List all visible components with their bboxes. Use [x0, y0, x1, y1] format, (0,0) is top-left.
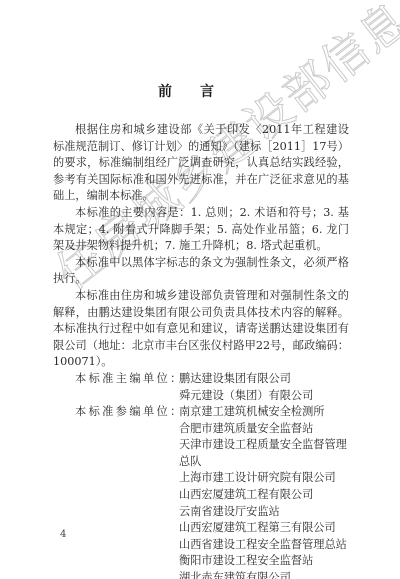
unit-item: 南京建工建筑机械安全检测所: [179, 404, 349, 421]
unit-item: 合肥市建筑质量安全监督站: [179, 421, 349, 438]
participating-units-list: 南京建工建筑机械安全检测所 合肥市建筑质量安全监督站 天津市建设工程质量安全监督…: [177, 404, 349, 579]
paragraph: 本标准的主要内容是：1. 总则；2. 术语和符号；3. 基本规定；4. 附着式升…: [53, 205, 349, 255]
unit-item: 云南省建设厅安监站: [179, 504, 349, 521]
unit-item: 衡阳市建设工程安全监督站: [179, 553, 349, 570]
page-number: 4: [60, 529, 66, 540]
unit-item: 山西宏厦建筑工程有限公司: [179, 487, 349, 504]
unit-item: 湖北赤东建筑有限公司: [179, 570, 349, 579]
title-char: 前: [158, 84, 200, 100]
chief-units-label: 本标准主编单位：: [53, 371, 177, 404]
title-char: 言: [200, 84, 242, 100]
unit-item: 天津市建设工程质量安全监督管理总队: [179, 437, 349, 470]
paragraph: 根据住房和城乡建设部《关于印发〈2011年工程建设标准规范制订、修订计划〉的通知…: [53, 122, 349, 205]
unit-item: 山西省建设工程安全监督管理总站: [179, 537, 349, 554]
editing-units: 本标准主编单位： 鹏达建设集团有限公司 舜元建设（集团）有限公司 本标准参编单位…: [53, 371, 349, 579]
unit-item: 舜元建设（集团）有限公司: [179, 388, 349, 405]
chief-units-row: 本标准主编单位： 鹏达建设集团有限公司 舜元建设（集团）有限公司: [53, 371, 349, 404]
unit-item: 鹏达建设集团有限公司: [179, 371, 349, 388]
unit-item: 山西宏厦建筑工程第三有限公司: [179, 520, 349, 537]
paragraph: 本标准中以黑体字标志的条文为强制性条文，必须严格执行。: [53, 255, 349, 288]
participating-units-row: 本标准参编单位： 南京建工建筑机械安全检测所 合肥市建筑质量安全监督站 天津市建…: [53, 404, 349, 579]
preface-body: 根据住房和城乡建设部《关于印发〈2011年工程建设标准规范制订、修订计划〉的通知…: [53, 122, 349, 579]
document-page: 住房城乡建设部信息公开 前言 根据住房和城乡建设部《关于印发〈2011年工程建设…: [0, 0, 400, 579]
unit-item: 上海市建工设计研究院有限公司: [179, 470, 349, 487]
participating-units-label: 本标准参编单位：: [53, 404, 177, 579]
paragraph: 本标准由住房和城乡建设部负责管理和对强制性条文的解释，由鹏达建设集团有限公司负责…: [53, 288, 349, 371]
page-title: 前言: [0, 81, 400, 101]
chief-units-list: 鹏达建设集团有限公司 舜元建设（集团）有限公司: [177, 371, 349, 404]
